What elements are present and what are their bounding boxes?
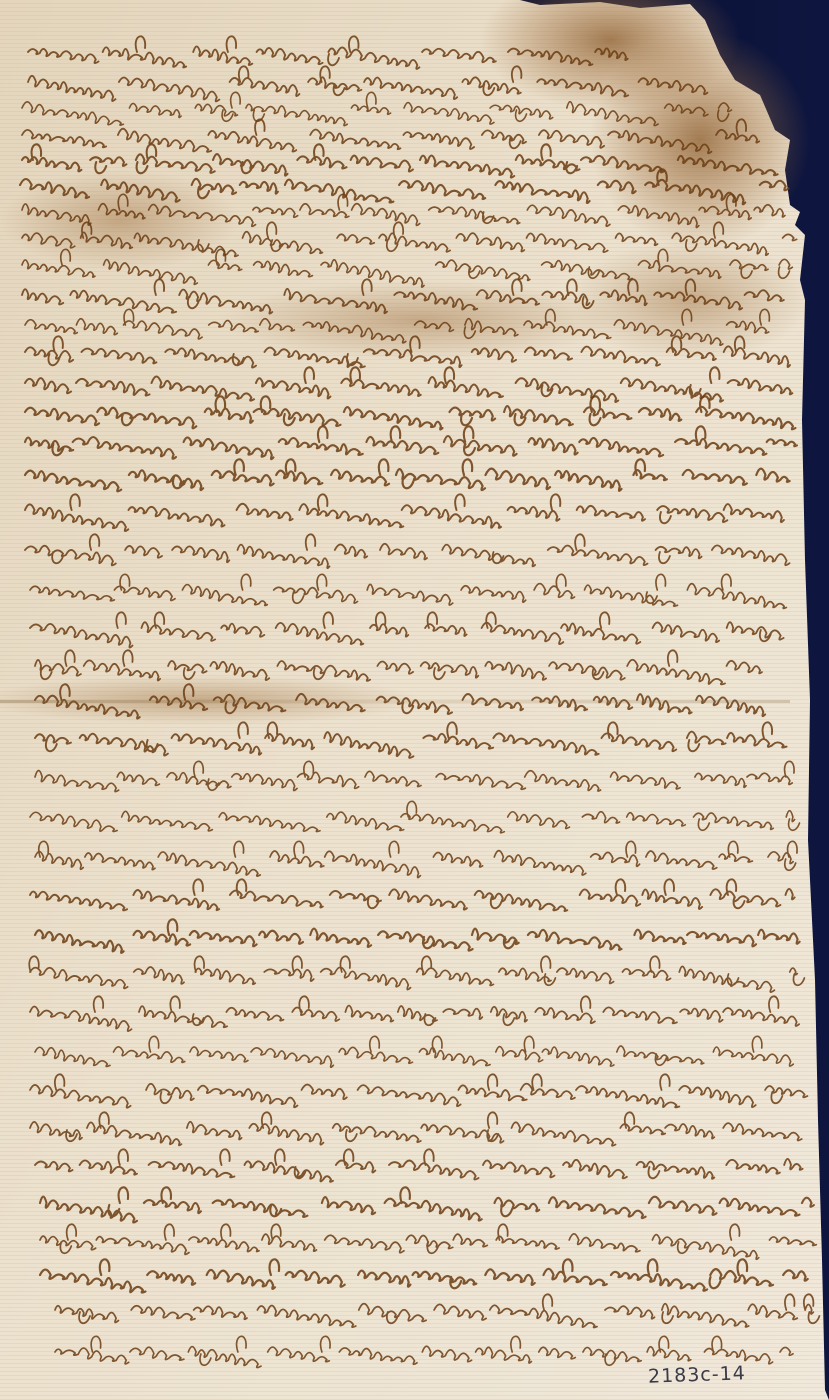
catalog-number: 2183c-14: [648, 1362, 747, 1387]
manuscript-page: [illegible][illegible][illegible][illegi…: [0, 0, 829, 1400]
fold-crease: [0, 700, 790, 703]
